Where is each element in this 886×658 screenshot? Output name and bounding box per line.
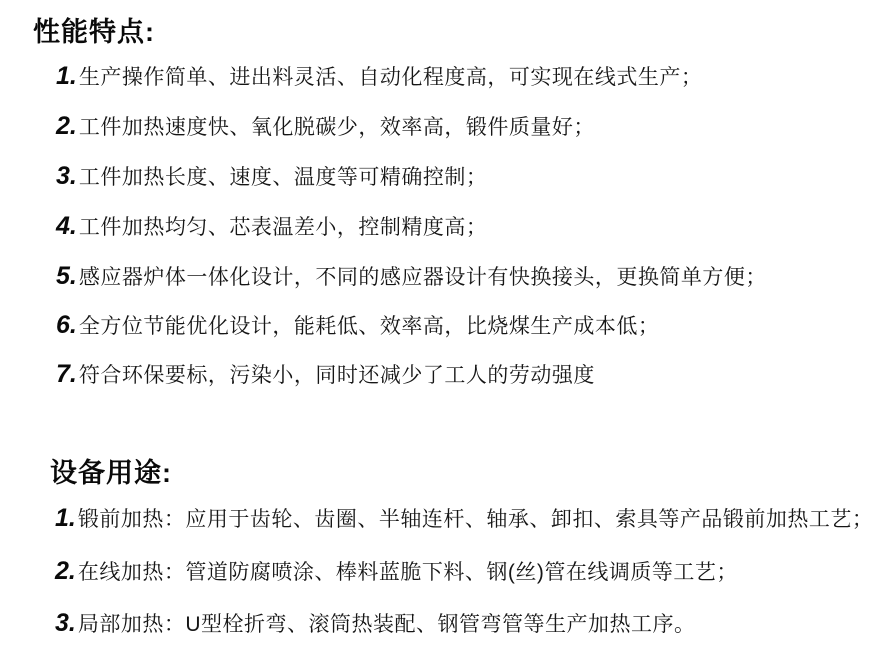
item-number: 2.: [55, 557, 78, 586]
item-text: 全方位节能优化设计，能耗低、效率高，比烧煤生产成本低；: [79, 310, 660, 340]
item-number: 7.: [56, 360, 79, 389]
feature-item: 1. 生产操作简单、进出料灵活、自动化程度高，可实现在线式生产；: [56, 61, 702, 91]
item-text: 局部加热：U型栓折弯、滚筒热装配、钢管弯管等生产加热工序。: [78, 608, 696, 638]
item-text: 工件加热均匀、芯表温差小，控制精度高；: [79, 211, 488, 241]
feature-item: 6. 全方位节能优化设计，能耗低、效率高，比烧煤生产成本低；: [56, 310, 659, 340]
item-number: 6.: [56, 311, 79, 340]
features-section-title: 性能特点:: [33, 10, 155, 49]
feature-item: 2. 工件加热速度快、氧化脱碳少，效率高，锻件质量好；: [56, 111, 595, 141]
item-number: 1.: [56, 62, 79, 91]
item-text: 在线加热：管道防腐喷涂、棒料蓝脆下料、钢(丝)管在线调质等工艺；: [78, 556, 738, 586]
feature-item: 4. 工件加热均匀、芯表温差小，控制精度高；: [56, 211, 487, 241]
item-text: 生产操作简单、进出料灵活、自动化程度高，可实现在线式生产；: [79, 61, 703, 91]
item-text: 符合环保要标，污染小，同时还减少了工人的劳动强度: [79, 359, 595, 389]
item-number: 1.: [55, 504, 78, 533]
use-item: 3. 局部加热：U型栓折弯、滚筒热装配、钢管弯管等生产加热工序。: [55, 608, 696, 638]
feature-item: 3. 工件加热长度、速度、温度等可精确控制；: [56, 161, 487, 191]
item-text: 感应器炉体一体化设计，不同的感应器设计有快换接头，更换简单方便；: [79, 261, 767, 291]
use-item: 2. 在线加热：管道防腐喷涂、棒料蓝脆下料、钢(丝)管在线调质等工艺；: [55, 556, 738, 586]
item-number: 5.: [56, 262, 79, 291]
item-number: 4.: [56, 212, 79, 241]
use-item: 1. 锻前加热：应用于齿轮、齿圈、半轴连杆、轴承、卸扣、索具等产品锻前加热工艺；: [55, 503, 873, 533]
feature-item: 7. 符合环保要标，污染小，同时还减少了工人的劳动强度: [56, 359, 595, 389]
feature-item: 5. 感应器炉体一体化设计，不同的感应器设计有快换接头，更换简单方便；: [56, 261, 767, 291]
item-text: 工件加热长度、速度、温度等可精确控制；: [79, 161, 488, 191]
item-text: 工件加热速度快、氧化脱碳少，效率高，锻件质量好；: [79, 111, 595, 141]
document-page: 性能特点: 1. 生产操作简单、进出料灵活、自动化程度高，可实现在线式生产； 2…: [0, 0, 886, 658]
uses-section-title: 设备用途:: [50, 451, 172, 490]
item-text: 锻前加热：应用于齿轮、齿圈、半轴连杆、轴承、卸扣、索具等产品锻前加热工艺；: [78, 503, 874, 533]
item-number: 3.: [56, 162, 79, 191]
item-number: 2.: [56, 112, 79, 141]
item-number: 3.: [55, 609, 78, 638]
